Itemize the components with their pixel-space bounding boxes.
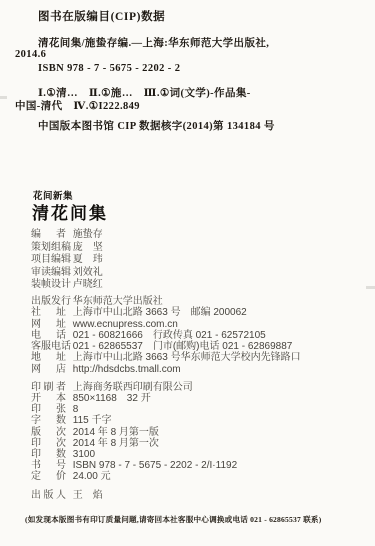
cip-classification-line2: 中国-清代 Ⅳ.①I222.849 — [15, 98, 140, 113]
printing-row: 印刷者 上海商务联西印刷有限公司 — [31, 382, 237, 393]
publisher-person-block: 出版人 王 焰 — [31, 490, 103, 502]
publisher-person-name: 王 焰 — [73, 490, 103, 502]
printing-label: 字数 — [31, 415, 66, 426]
staff-block: 编者 施蛰存 策划组稿 庞 坚 项目编辑 夏 玮 审读编辑 刘效礼 装帧设计 卢… — [31, 229, 103, 292]
staff-label: 审读编辑 — [31, 267, 66, 280]
publisher-block: 出版发行 华东师范大学出版社 社址 上海市中山北路 3663 号 邮编 2000… — [31, 296, 301, 375]
printing-row: 印张 8 — [31, 404, 237, 415]
printing-value: 2014 年 8 月第一版 — [73, 427, 159, 438]
cip-header: 图书在版编目(CIP)数据 — [38, 8, 165, 24]
publisher-value: 华东师范大学出版社 — [73, 296, 163, 307]
publisher-person-row: 出版人 王 焰 — [31, 490, 103, 502]
printing-value: 上海商务联西印刷有限公司 — [73, 382, 193, 393]
printing-row: 印数 3100 — [31, 449, 237, 460]
publisher-row: 网店 http://hdsdcbs.tmall.com — [31, 364, 301, 375]
printing-label: 书号 — [31, 460, 66, 471]
staff-label: 项目编辑 — [31, 254, 66, 267]
staff-value: 卢晓红 — [73, 279, 103, 292]
publisher-row: 地址 上海市中山北路 3663 号华东师范大学校内先锋路口 — [31, 352, 301, 363]
publisher-row: 社址 上海市中山北路 3663 号 邮编 200062 — [31, 307, 301, 318]
publisher-value: 上海市中山北路 3663 号 邮编 200062 — [73, 307, 247, 318]
printing-label: 定价 — [31, 471, 66, 482]
printing-book-number: ISBN 978 - 7 - 5675 - 2202 - 2/I·1192 — [73, 460, 237, 471]
printing-label: 印刷者 — [31, 382, 66, 393]
book-title: 清花间集 — [32, 199, 108, 224]
publisher-address: 上海市中山北路 3663 号华东师范大学校内先锋路口 — [73, 352, 301, 363]
printing-value: 8 — [73, 404, 79, 415]
cip-isbn: ISBN 978 - 7 - 5675 - 2202 - 2 — [38, 63, 180, 74]
publisher-phone: 021 - 60821666 行政传真 021 - 62572105 — [73, 330, 266, 341]
publisher-row: 客服电话 021 - 62865537 门市(邮购)电话 021 - 62869… — [31, 341, 301, 352]
printing-value: 3100 — [73, 449, 95, 460]
publisher-row: 网址 www.ecnupress.com.cn — [31, 319, 301, 330]
staff-label: 编者 — [31, 229, 66, 242]
publisher-label: 地址 — [31, 352, 66, 363]
printing-label: 开本 — [31, 393, 66, 404]
staff-label: 装帧设计 — [31, 279, 66, 292]
publisher-website: www.ecnupress.com.cn — [73, 319, 178, 330]
cip-bibliography-line2: 2014.6 — [15, 49, 46, 60]
printing-row: 版次 2014 年 8 月第一版 — [31, 427, 237, 438]
printing-label: 印数 — [31, 449, 66, 460]
printing-label: 印次 — [31, 438, 66, 449]
publisher-person-label: 出版人 — [31, 490, 66, 502]
staff-value: 施蛰存 — [73, 229, 103, 242]
printing-value: 2014 年 8 月第一次 — [73, 438, 159, 449]
printing-row: 开本 850×1168 32 开 — [31, 393, 237, 404]
printing-value: 115 千字 — [73, 415, 112, 426]
printing-row: 书号 ISBN 978 - 7 - 5675 - 2202 - 2/I·1192 — [31, 460, 237, 471]
staff-value: 庞 坚 — [73, 242, 103, 255]
staff-row: 项目编辑 夏 玮 — [31, 254, 103, 267]
publisher-label: 出版发行 — [31, 296, 66, 307]
printing-row: 印次 2014 年 8 月第一次 — [31, 438, 237, 449]
printing-value: 850×1168 32 开 — [73, 393, 151, 404]
staff-row: 策划组稿 庞 坚 — [31, 242, 103, 255]
publisher-label: 网址 — [31, 319, 66, 330]
printing-row: 字数 115 千字 — [31, 415, 237, 426]
publisher-label: 网店 — [31, 364, 66, 375]
staff-value: 夏 玮 — [73, 254, 103, 267]
publisher-label: 客服电话 — [31, 341, 66, 352]
quality-note: (如发现本版图书有印订质量问题,请寄回本社客服中心调换或电话 021 - 628… — [25, 514, 321, 525]
publisher-row: 电话 021 - 60821666 行政传真 021 - 62572105 — [31, 330, 301, 341]
printing-price: 24.00 元 — [73, 471, 111, 482]
staff-row: 装帧设计 卢晓红 — [31, 279, 103, 292]
copyright-page: 图书在版编目(CIP)数据 清花间集/施蛰存编.—上海:华东师范大学出版社, 2… — [0, 0, 375, 546]
staff-value: 刘效礼 — [73, 267, 103, 280]
printing-label: 印张 — [31, 404, 66, 415]
scan-artifact — [0, 96, 7, 99]
publisher-label: 社址 — [31, 307, 66, 318]
printing-row: 定价 24.00 元 — [31, 471, 237, 482]
scan-artifact — [366, 286, 375, 289]
printing-label: 版次 — [31, 427, 66, 438]
staff-label: 策划组稿 — [31, 242, 66, 255]
publisher-store-url: http://hdsdcbs.tmall.com — [73, 364, 181, 375]
cip-record-number: 中国版本图书馆 CIP 数据核字(2014)第 134184 号 — [38, 118, 275, 133]
staff-row: 审读编辑 刘效礼 — [31, 267, 103, 280]
staff-row: 编者 施蛰存 — [31, 229, 103, 242]
publisher-label: 电话 — [31, 330, 66, 341]
cip-bibliography-line1: 清花间集/施蛰存编.—上海:华东师范大学出版社, — [38, 35, 269, 50]
publisher-row: 出版发行 华东师范大学出版社 — [31, 296, 301, 307]
printing-block: 印刷者 上海商务联西印刷有限公司 开本 850×1168 32 开 印张 8 字… — [31, 382, 237, 482]
publisher-service-phone: 021 - 62865537 门市(邮购)电话 021 - 62869887 — [73, 341, 293, 352]
